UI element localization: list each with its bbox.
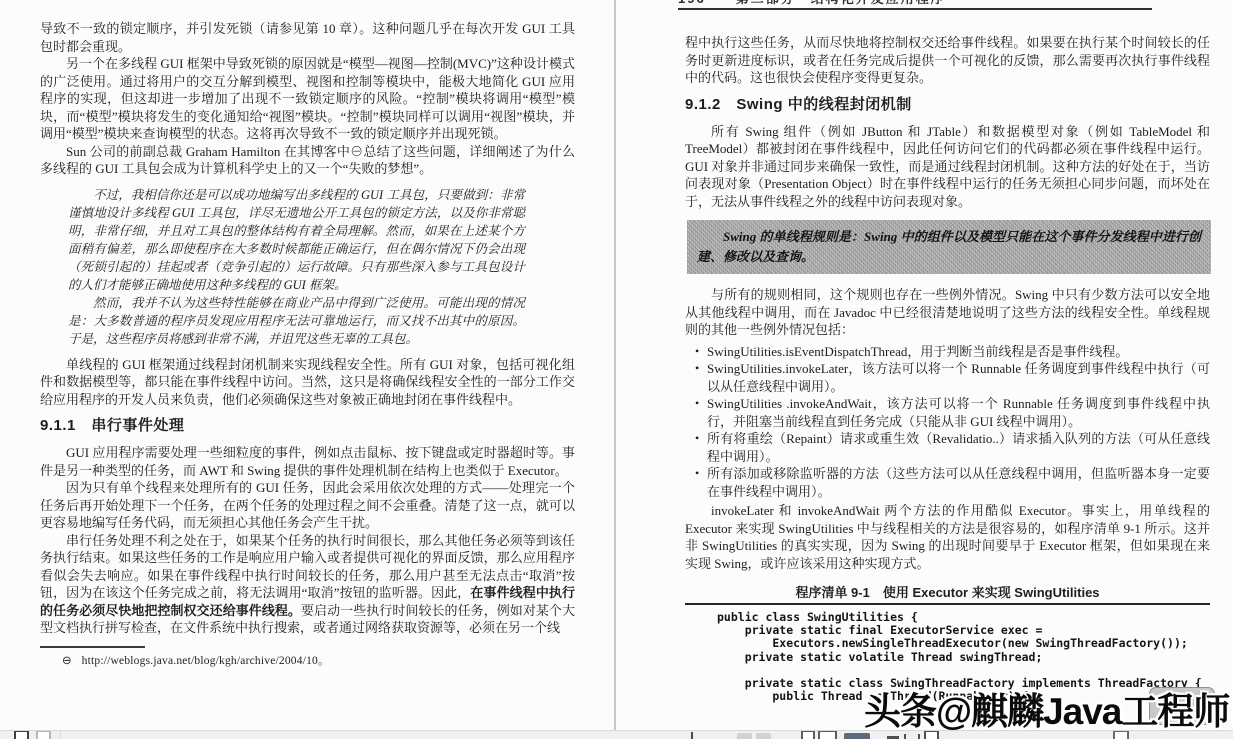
footnote-link[interactable]: http://weblogs.java.net/blog/kgh/archive… <box>82 655 330 667</box>
prev-tool-icon[interactable] <box>737 733 752 739</box>
list-item: 所有将重绘（Repaint）请求或重生效（Revalidatio..）请求插入队… <box>707 430 1210 465</box>
quote-paragraph: 然而，我并不认为这些特性能够在商业产品中得到广泛使用。可能出现的情况是：大多数普… <box>68 294 525 348</box>
paragraph: 串行任务处理不利之处在于，如果某个任务的执行时间很长，那么其他任务必须等到该任务… <box>40 532 575 637</box>
listing-caption-rule <box>685 603 1210 605</box>
section-heading-9-1-2: 9.1.2 Swing 中的线程封闭机制 <box>685 95 1210 115</box>
active-view-mode-button[interactable] <box>844 733 870 739</box>
footnote-rule <box>40 646 145 648</box>
brackets-fit-icon[interactable] <box>904 734 920 739</box>
pdf-reader-viewport: 导致不一致的锁定顺序，并引发死锁（请参见第 10 章）。这种问题几乎在每次开发 … <box>0 0 1233 739</box>
paragraph: 因为只有单个线程来处理所有的 GUI 任务，因此会采用依次处理的方式——处理完一… <box>40 479 575 532</box>
list-item: SwingUtilities.isEventDispatchThread，用于判… <box>707 343 1210 361</box>
bottom-toolbar <box>0 730 1233 739</box>
sidebar-toggle-icon[interactable] <box>14 730 29 739</box>
running-header-rule <box>678 8 1152 10</box>
footnote-marker: ⊖ <box>62 654 72 668</box>
toolbar-divider <box>60 731 61 739</box>
paragraph: Sun 公司的前副总裁 Graham Hamilton 在其博客中⊖总结了这些问… <box>40 143 575 178</box>
watermark-text: 头条@麒麟Java工程师 <box>864 681 1229 735</box>
left-page-content: 导致不一致的锁定顺序，并引发死锁（请参见第 10 章）。这种问题几乎在每次开发 … <box>40 20 575 668</box>
footnote: ⊖http://weblogs.java.net/blog/kgh/archiv… <box>62 654 575 668</box>
scroll-right-icon[interactable] <box>1113 730 1129 739</box>
facing-pages-icon[interactable] <box>818 730 837 739</box>
listing-9-1-caption: 程序清单 9-1 使用 Executor 来实现 SwingUtilities <box>685 582 1210 601</box>
list-item: SwingUtilities.invokeLater，该方法可以将一个 Runn… <box>707 360 1210 395</box>
quote-paragraph: 不过，我相信你还是可以成功地编写出多线程的 GUI 工具包，只要做到：非常谨慎地… <box>68 186 525 294</box>
running-header-text: 196 第二部分 结构化并发应用程序 <box>678 0 1158 7</box>
fit-page-icon[interactable] <box>924 730 939 739</box>
book-page-left: 导致不一致的锁定顺序，并引发死锁（请参见第 10 章）。这种问题几乎在每次开发 … <box>0 0 614 731</box>
paragraph: invokeLater 和 invokeAndWait 两个方法的作用酷似 Ex… <box>685 502 1210 572</box>
paragraph: 导致不一致的锁定顺序，并引发死锁（请参见第 10 章）。这种问题几乎在每次开发 … <box>40 20 575 55</box>
exception-list: SwingUtilities.isEventDispatchThread，用于判… <box>685 343 1210 501</box>
callout-text: Swing 的单线程规则是：Swing 中的组件以及模型只能在这个事件分发线程中… <box>697 227 1201 266</box>
running-header: 196 第二部分 结构化并发应用程序 <box>678 0 1158 8</box>
text-cursor-icon[interactable] <box>691 732 693 739</box>
paragraph: 程中执行这些任务，从而尽快地将控制权交还给事件线程。如果要在执行某个时间较长的任… <box>685 34 1210 87</box>
paragraph: GUI 应用程序需要处理一些细粒度的事件，例如点击鼠标、按下键盘或定时器超时等。… <box>40 444 575 479</box>
book-page-right: 196 第二部分 结构化并发应用程序 程中执行这些任务，从而尽快地将控制权交还给… <box>616 0 1233 731</box>
bookmark-panel-icon[interactable] <box>36 730 51 739</box>
single-page-icon[interactable] <box>801 730 815 739</box>
list-item: SwingUtilities .invokeAndWait，该方法可以将一个 R… <box>707 395 1210 430</box>
single-thread-rule-callout: Swing 的单线程规则是：Swing 中的组件以及模型只能在这个事件分发线程中… <box>687 220 1211 274</box>
right-page-content: 程中执行这些任务，从而尽快地将控制权交还给事件线程。如果要在执行某个时间较长的任… <box>685 34 1210 703</box>
section-heading-9-1-1: 9.1.1 串行事件处理 <box>40 416 575 436</box>
next-tool-icon[interactable] <box>756 733 771 739</box>
list-item: 所有添加或移除监听器的方法（这些方法可以从任意线程中调用，但监听器本身一定要在事… <box>707 465 1210 500</box>
paragraph: 另一个在多线程 GUI 框架中导致死锁的原因就是“模型—视图—控制(MVC)”这… <box>40 55 575 143</box>
paragraph: 单线程的 GUI 框架通过线程封闭机制来实现线程安全性。所有 GUI 对象，包括… <box>40 356 575 409</box>
paragraph: 所有 Swing 组件（例如 JButton 和 JTable）和数据模型对象（… <box>685 123 1210 211</box>
paragraph: 与所有的规则相同，这个规则也存在一些例外情况。Swing 中只有少数方法可以安全… <box>685 286 1210 339</box>
block-quote: 不过，我相信你还是可以成功地编写出多线程的 GUI 工具包，只要做到：非常谨慎地… <box>68 186 525 348</box>
